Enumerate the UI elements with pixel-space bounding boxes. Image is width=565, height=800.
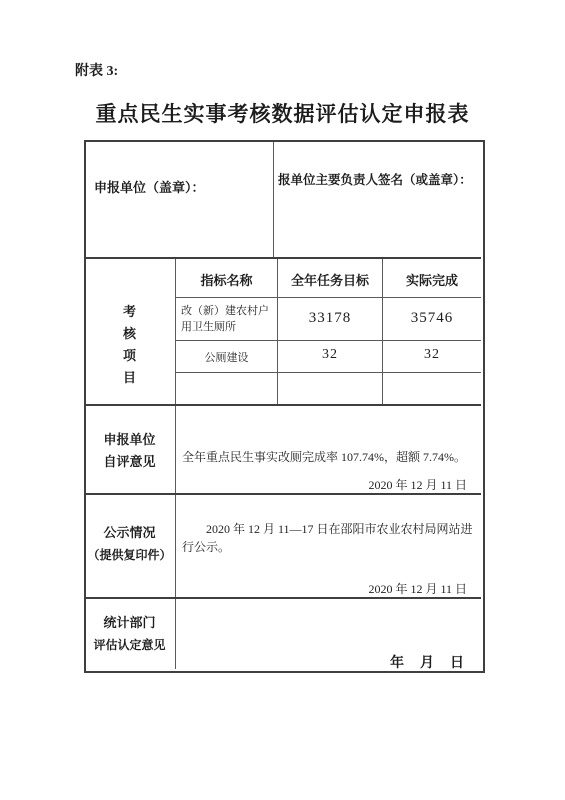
day-char: 日 [450, 654, 464, 670]
divider-label-column [175, 259, 176, 669]
month-char: 月 [420, 654, 434, 670]
subline-row2 [176, 372, 481, 373]
self-evaluation-label-line1: 申报单位 [84, 429, 175, 451]
attachment-tag: 附表 3: [75, 60, 118, 80]
actual-value-public-toilets: 32 [383, 347, 481, 363]
indicator-name-public-toilets: 公厕建设 [176, 349, 277, 365]
statistics-label-line1: 统计部门 [84, 612, 175, 634]
assessment-side-label: 考 核 项 目 [84, 301, 175, 389]
page-title: 重点民生实事考核数据评估认定申报表 [0, 98, 565, 128]
declare-unit-label: 申报单位（盖章）： [94, 177, 205, 196]
actual-value-toilets: 35746 [383, 310, 481, 327]
col-header-indicator: 指标名称 [176, 270, 277, 289]
statistics-date-blanks: 年月日 [182, 652, 464, 672]
section-line-3 [86, 493, 481, 495]
section-line-1 [86, 257, 481, 259]
subline-header [176, 297, 481, 298]
side-label-char: 目 [84, 367, 175, 389]
col-header-actual: 实际完成 [383, 270, 481, 289]
self-evaluation-label-line2: 自评意见 [84, 451, 175, 473]
indicator-name-toilets: 改（新）建农村户用卫生厕所 [181, 303, 274, 335]
statistics-label-line2: 评估认定意见 [84, 634, 175, 656]
side-label-char: 项 [84, 345, 175, 367]
year-char: 年 [390, 654, 404, 670]
divider-declare-cells [273, 142, 274, 257]
publicity-label: 公示情况 （提供复印件） [84, 522, 175, 566]
col-header-target: 全年任务目标 [278, 270, 382, 289]
statistics-label: 统计部门 评估认定意见 [84, 612, 175, 656]
publicity-label-line1: 公示情况 [84, 522, 175, 544]
section-line-4 [86, 597, 481, 599]
side-label-char: 核 [84, 323, 175, 345]
subline-row1 [176, 340, 481, 341]
target-value-public-toilets: 32 [278, 347, 382, 363]
publicity-label-line2: （提供复印件） [84, 544, 175, 566]
self-evaluation-date: 2020 年 12 月 11 日 [182, 476, 467, 493]
publicity-content: 2020 年 12 月 11—17 日在邵阳市农业农村局网站进行公示。 [182, 520, 476, 556]
self-evaluation-content: 全年重点民生事实改厕完成率 107.74%，超额 7.74%。 [182, 448, 474, 465]
publicity-date: 2020 年 12 月 11 日 [182, 580, 467, 597]
self-evaluation-label: 申报单位 自评意见 [84, 429, 175, 473]
document-page: 附表 3: 重点民生实事考核数据评估认定申报表 申报单位（盖章）： 报单位主要负… [0, 0, 565, 800]
target-value-toilets: 33178 [278, 310, 382, 327]
section-line-2 [86, 404, 481, 406]
responsible-person-label: 报单位主要负责人签名（或盖章）： [278, 170, 472, 188]
side-label-char: 考 [84, 301, 175, 323]
